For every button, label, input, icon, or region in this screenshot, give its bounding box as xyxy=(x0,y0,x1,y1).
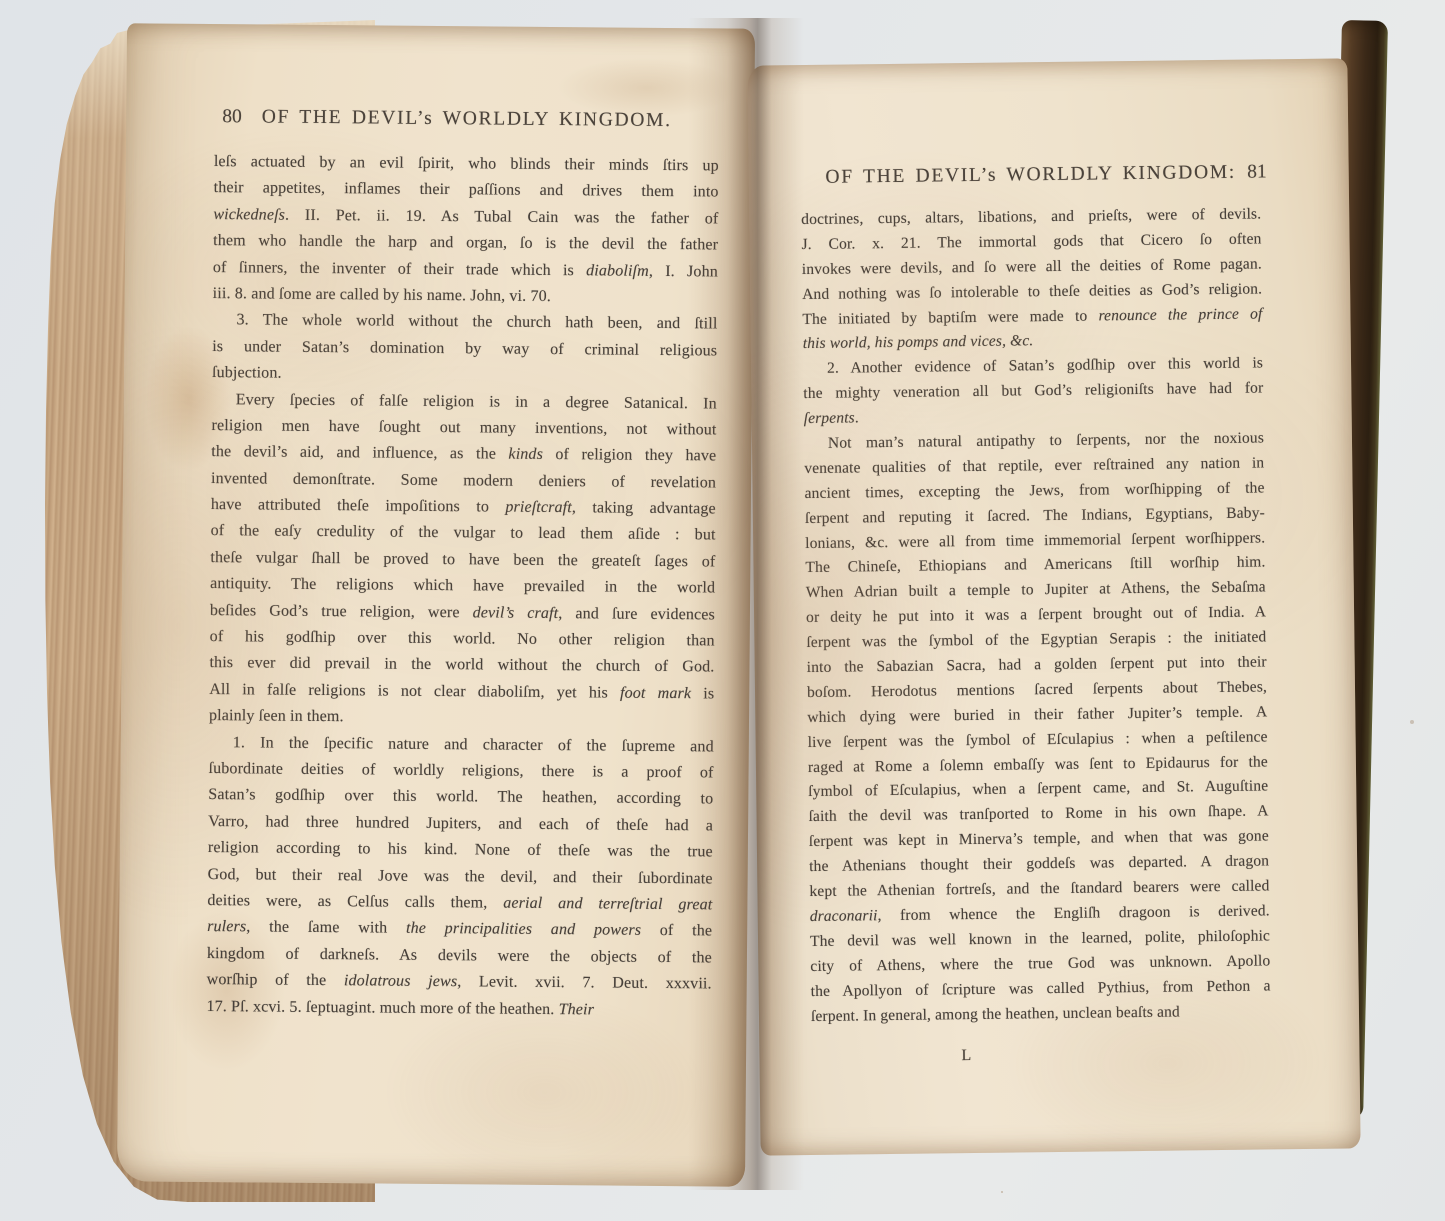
text-line: is under Satan’s domination by way of cr… xyxy=(212,334,717,365)
left-page: 80 OF THE DEVIL’s WORLDLY KINGDOM. leſs … xyxy=(117,23,755,1186)
text-line: antiquity. The religions which have prev… xyxy=(210,571,715,602)
left-page-header: 80 OF THE DEVIL’s WORLDLY KINGDOM. xyxy=(214,104,719,134)
signature-mark: L xyxy=(811,1044,1271,1068)
running-title-right: OF THE DEVIL’s WORLDLY KINGDOM: xyxy=(825,162,1236,188)
text-line: ſerpent. In general, among the heathen, … xyxy=(811,999,1271,1030)
right-page: OF THE DEVIL’s WORLDLY KINGDOM: 81 doctr… xyxy=(747,58,1360,1155)
text-line: Satan’s godſhip over this world. The hea… xyxy=(208,782,713,813)
text-line: this ever did prevail in the world witho… xyxy=(209,650,714,681)
text-line: 17. Pſ. xcvi. 5. ſeptuagint. much more o… xyxy=(206,994,711,1025)
left-page-body: leſs actuated by an evil ſpirit, who bli… xyxy=(206,149,719,1024)
text-line: worſhip of the idolatrous jews, Levit. x… xyxy=(207,967,712,998)
text-line: the devil’s aid, and influence, as the k… xyxy=(211,439,716,470)
page-number-right: 81 xyxy=(1247,159,1267,185)
right-page-text: OF THE DEVIL’s WORLDLY KINGDOM: 81 doctr… xyxy=(801,159,1272,1067)
right-page-header: OF THE DEVIL’s WORLDLY KINGDOM: 81 xyxy=(801,159,1261,191)
text-line: their appetites, inflames their paſſions… xyxy=(214,175,719,206)
left-page-text: 80 OF THE DEVIL’s WORLDLY KINGDOM. leſs … xyxy=(206,104,719,1024)
book-photo: 80 OF THE DEVIL’s WORLDLY KINGDOM. leſs … xyxy=(0,0,1445,1221)
text-line: of the eaſy credulity of the vulgar to l… xyxy=(211,518,716,549)
text-line: plainly ſeen in them. xyxy=(209,703,714,734)
text-line: rulers, the ſame with the principalities… xyxy=(207,914,712,945)
text-line: religion according to his kind. None of … xyxy=(208,835,713,866)
running-title-left: OF THE DEVIL’s WORLDLY KINGDOM. xyxy=(262,106,672,131)
right-page-body: doctrines, cups, altars, libations, and … xyxy=(801,202,1271,1029)
page-number-left: 80 xyxy=(222,104,242,130)
text-line: 3. The whole world without the church ha… xyxy=(212,307,717,338)
text-line: them who handle the harp and organ, ſo i… xyxy=(213,228,718,259)
